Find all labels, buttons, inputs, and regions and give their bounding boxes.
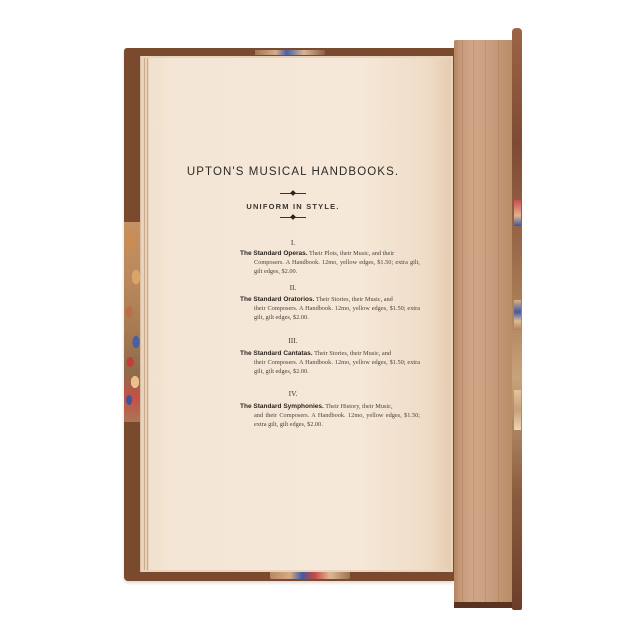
entry-title: The Standard Oratorios. xyxy=(240,296,314,303)
page-edge-line xyxy=(485,40,486,608)
closed-volume-fore-edge xyxy=(454,40,514,608)
entry-description-cont: their Composers. A Handbook. 12mo, yello… xyxy=(240,358,420,376)
page-edge-line xyxy=(462,40,463,608)
page-subtitle: UNIFORM IN STYLE. xyxy=(149,202,437,211)
marbled-bottom-edge xyxy=(270,571,350,579)
entry-title: The Standard Symphonies. xyxy=(240,403,324,410)
entry-numeral: III. xyxy=(149,336,437,345)
board-bottom-edge xyxy=(454,602,514,608)
entry-standard-cantatas: The Standard Cantatas. Their Stories, th… xyxy=(240,349,420,377)
diamond-icon xyxy=(290,190,296,196)
marbled-top-edge xyxy=(255,50,325,55)
diamond-icon xyxy=(290,214,296,220)
entry-standard-symphonies: The Standard Symphonies. Their History, … xyxy=(240,402,420,430)
entry-title: The Standard Operas. xyxy=(240,250,308,257)
entry-numeral: I. xyxy=(149,238,437,247)
entry-description-cont: Composers. A Handbook. 12mo, yellow edge… xyxy=(240,258,420,276)
printed-page: UPTON'S MUSICAL HANDBOOKS. UNIFORM IN ST… xyxy=(149,58,451,570)
page-edge-line xyxy=(498,40,499,608)
page-title: UPTON'S MUSICAL HANDBOOKS. xyxy=(149,166,437,178)
marbled-board-edge xyxy=(514,200,521,226)
book-photo: UPTON'S MUSICAL HANDBOOKS. UNIFORM IN ST… xyxy=(0,0,635,635)
entry-description: Their Plots, their Music, and their xyxy=(309,250,394,257)
entry-description: Their Stories, their Music, and xyxy=(314,350,391,357)
entry-description: Their History, their Music, xyxy=(325,403,392,410)
ornament-rule-bottom xyxy=(280,214,306,221)
entry-description-cont: and their Composers. A Handbook. 12mo, y… xyxy=(240,411,420,429)
ornament-rule-top xyxy=(280,190,306,197)
marbled-board-edge xyxy=(514,390,521,430)
marbled-board-edge xyxy=(514,300,521,330)
page-edge-line xyxy=(473,40,474,608)
entry-standard-oratorios: The Standard Oratorios. Their Stories, t… xyxy=(240,295,420,323)
entry-numeral: II. xyxy=(149,283,437,292)
entry-description-cont: their Composers. A Handbook. 12mo, yello… xyxy=(240,304,420,322)
entry-standard-operas: The Standard Operas. Their Plots, their … xyxy=(240,249,420,277)
entry-numeral: IV. xyxy=(149,389,437,398)
entry-title: The Standard Cantatas. xyxy=(240,350,313,357)
entry-description: Their Stories, their Music, and xyxy=(316,296,393,303)
